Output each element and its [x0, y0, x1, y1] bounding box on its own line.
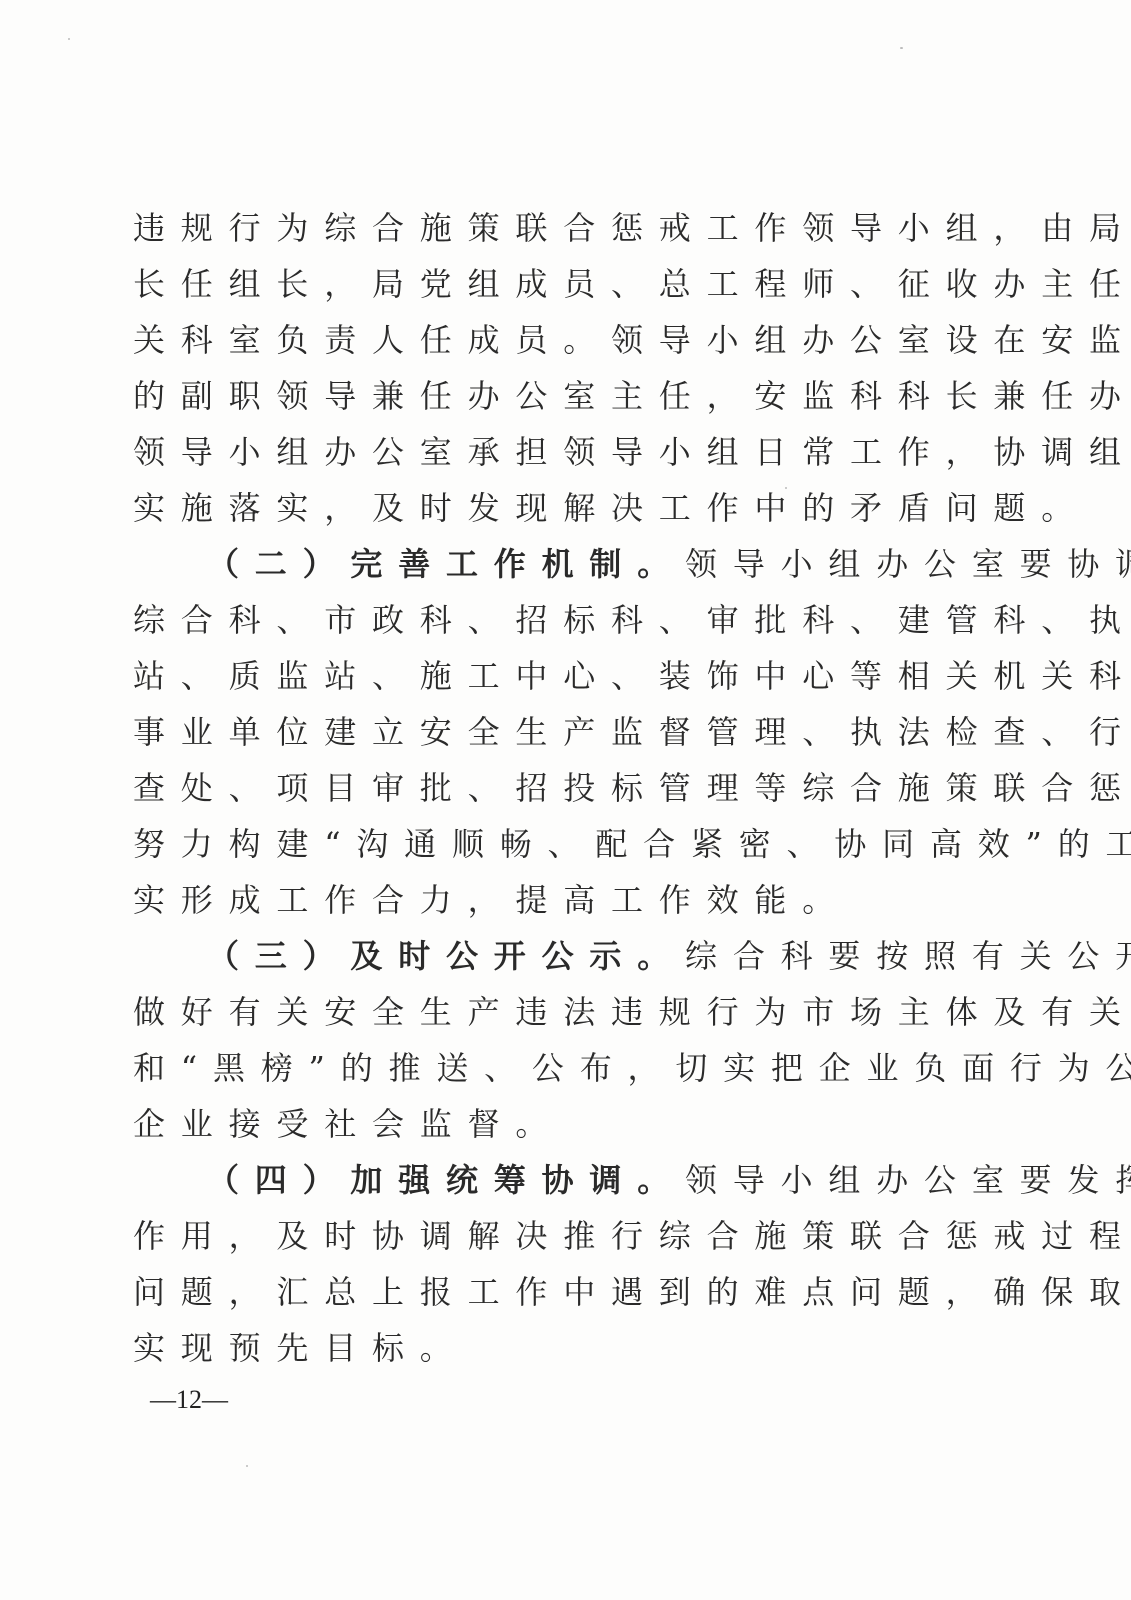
text-line: 长任组长，局党组成员、总工程师、征收办主任任副组长，相	[133, 256, 948, 312]
text-line-first: （三）及时公开公示。综合科要按照有关公开公示要求，	[133, 928, 948, 984]
paragraph-public-disclosure: （三）及时公开公示。综合科要按照有关公开公示要求， 做好有关安全生产违法违规行为…	[133, 928, 948, 1152]
text-run: 领导小组办公室要发挥好综合协调	[685, 1161, 1131, 1199]
text-line: 实现预先目标。	[133, 1320, 948, 1376]
text-line: 查处、项目审批、招投标管理等综合施策联合惩戒工作机制，	[133, 760, 948, 816]
paragraph-work-mechanism: （二）完善工作机制。领导小组办公室要协调局办公室、 综合科、市政科、招标科、审批…	[133, 536, 948, 928]
text-line: 综合科、市政科、招标科、审批科、建管科、执法办、安监	[133, 592, 948, 648]
page-number: —12—	[150, 1380, 228, 1420]
scan-speck	[900, 47, 903, 49]
scan-speck	[68, 38, 70, 40]
section-heading: （三）及时公开公示。	[207, 937, 685, 975]
text-line: 的副职领导兼任办公室主任，安监科科长兼任办公室副主任。	[133, 368, 948, 424]
text-line: 努力构建“沟通顺畅、配合紧密、协同高效”的工作机制，切	[133, 816, 948, 872]
text-line: 做好有关安全生产违法违规行为市场主体及有关人员信用信息	[133, 984, 948, 1040]
text-run: 领导小组办公室要协调局办公室、	[685, 545, 1131, 583]
text-line: 实形成工作合力，提高工作效能。	[133, 872, 948, 928]
paragraph-coordination: （四）加强统筹协调。领导小组办公室要发挥好综合协调 作用，及时协调解决推行综合施…	[133, 1152, 948, 1376]
text-line: 问题，汇总上报工作中遇到的难点问题，确保取得扎实成效，	[133, 1264, 948, 1320]
text-line-first: （四）加强统筹协调。领导小组办公室要发挥好综合协调	[133, 1152, 948, 1208]
text-line: 企业接受社会监督。	[133, 1096, 948, 1152]
scan-speck	[785, 487, 787, 489]
text-line: 事业单位建立安全生产监督管理、执法检查、行政处罚、事故	[133, 704, 948, 760]
text-line: 实施落实，及时发现解决工作中的矛盾问题。	[133, 480, 948, 536]
scan-speck	[246, 1465, 248, 1467]
text-line: 违规行为综合施策联合惩戒工作领导小组，由局党组书记、局	[133, 200, 948, 256]
text-line: 领导小组办公室承担领导小组日常工作，协调组织具体措施的	[133, 424, 948, 480]
text-line: 和“黑榜”的推送、公布，切实把企业负面行为公之于众，让	[133, 1040, 948, 1096]
document-page: 违规行为综合施策联合惩戒工作领导小组，由局党组书记、局 长任组长，局党组成员、总…	[0, 0, 1131, 1600]
text-run: 综合科要按照有关公开公示要求，	[685, 937, 1131, 975]
text-line-first: （二）完善工作机制。领导小组办公室要协调局办公室、	[133, 536, 948, 592]
text-line: 作用，及时协调解决推行综合施策联合惩戒过程中遇到的矛盾	[133, 1208, 948, 1264]
text-line: 关科室负责人任成员。领导小组办公室设在安监科，分管安全	[133, 312, 948, 368]
document-body: 违规行为综合施策联合惩戒工作领导小组，由局党组书记、局 长任组长，局党组成员、总…	[133, 200, 948, 1376]
section-heading: （二）完善工作机制。	[207, 545, 685, 583]
section-heading: （四）加强统筹协调。	[207, 1161, 685, 1199]
text-line: 站、质监站、施工中心、装饰中心等相关机关科（室）和局属	[133, 648, 948, 704]
paragraph-leadership-group: 违规行为综合施策联合惩戒工作领导小组，由局党组书记、局 长任组长，局党组成员、总…	[133, 200, 948, 536]
